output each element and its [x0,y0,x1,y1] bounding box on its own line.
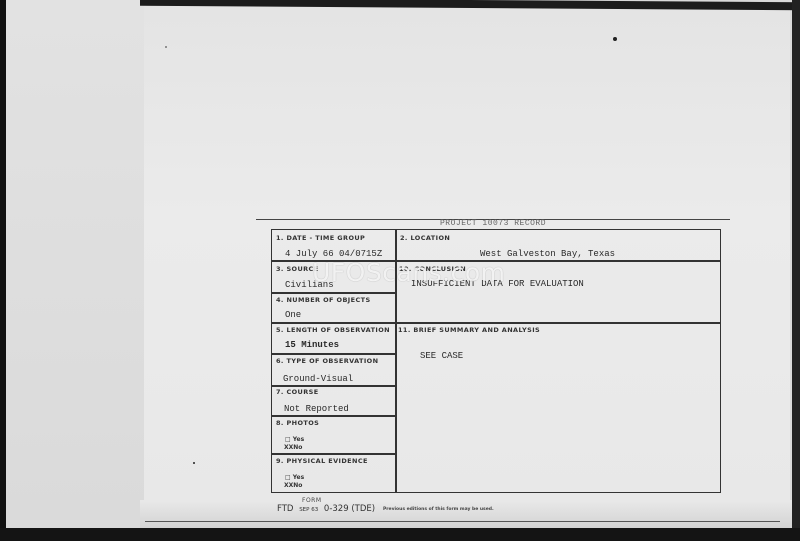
physical-evidence-label: 9. PHYSICAL EVIDENCE [276,457,368,465]
footer-org: FTD [277,504,293,514]
course-label: 7. COURSE [276,388,319,396]
scan-bottom-edge [0,528,800,541]
row-divider [271,385,396,387]
type-of-observation-label: 6. TYPE OF OBSERVATION [276,357,378,365]
speck [193,462,195,464]
page-bottom-strip [140,500,792,528]
photos-yes-checkbox[interactable]: □ Yes [285,436,304,443]
scan-right-edge [792,0,800,541]
footer-form-number: 0-329 (TDE) [324,504,375,514]
row-divider [271,353,396,355]
length-of-observation-value: 15 Minutes [285,340,339,350]
row-divider [271,322,721,324]
course-value: Not Reported [284,404,349,414]
bottom-rule [145,521,780,522]
speck [165,46,167,48]
number-of-objects-label: 4. NUMBER OF OBJECTS [276,296,371,304]
row-divider [271,415,396,417]
date-time-label: 1. DATE - TIME GROUP [276,234,365,242]
location-label: 2. LOCATION [400,234,450,242]
footer-form-id: FTD SEP 63 0-329 (TDE) [277,504,375,514]
speck [613,37,617,41]
length-of-observation-label: 5. LENGTH OF OBSERVATION [276,326,390,334]
back-sheet [6,0,146,530]
type-of-observation-value: Ground-Visual [283,374,353,384]
summary-value: SEE CASE [420,351,463,361]
photos-no-checkbox[interactable]: XXNo [284,444,302,451]
footer-note: Previous editions of this form may be us… [383,507,494,512]
footer-form-word: FORM [302,497,322,504]
watermark: UFOScans.com [312,258,506,287]
number-of-objects-value: One [285,310,301,320]
summary-label: 11. BRIEF SUMMARY AND ANALYSIS [398,326,540,334]
photos-label: 8. PHOTOS [276,419,319,427]
row-divider [271,453,396,455]
physical-evidence-yes-checkbox[interactable]: □ Yes [285,474,304,481]
physical-evidence-no-checkbox[interactable]: XXNo [284,482,302,489]
form-title: PROJECT 10073 RECORD [440,219,546,228]
row-divider [271,292,396,294]
footer-date: SEP 63 [299,507,318,513]
